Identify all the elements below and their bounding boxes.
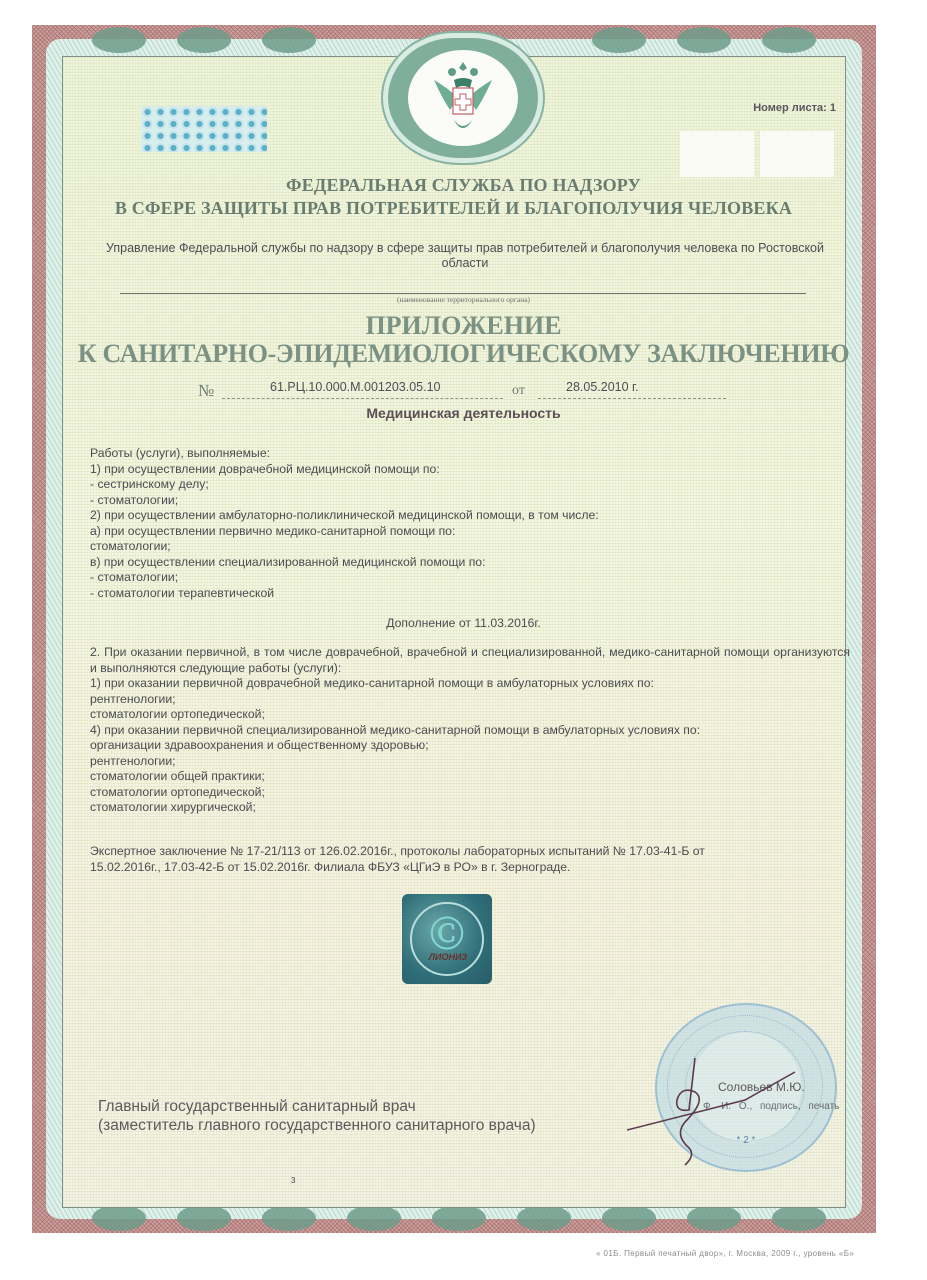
conclusion-date: 28.05.2010 г. xyxy=(566,380,639,394)
border-ornament xyxy=(262,1205,316,1231)
signer-title: Главный государственный санитарный врач … xyxy=(98,1097,536,1135)
appendix-title-line2: К САНИТАРНО-ЭПИДЕМИОЛОГИЧЕСКОМУ ЗАКЛЮЧЕН… xyxy=(0,339,927,369)
section-2-line: стоматологии ортопедической; xyxy=(90,707,850,723)
border-ornament xyxy=(772,1205,826,1231)
border-ornament xyxy=(262,27,316,53)
addendum-label: Дополнение от 11.03.2016г. xyxy=(0,616,927,630)
printer-info: « 01Б. Первый печатный двор», г. Москва,… xyxy=(596,1249,854,1258)
works-line: Работы (услуги), выполняемые: xyxy=(90,446,850,462)
sheet-number: Номер листа: 1 xyxy=(753,102,836,114)
conclusion-number: 61.РЦ.10.000.М.001203.05.10 xyxy=(270,380,441,394)
works-line: - сестринскому делу; xyxy=(90,477,850,493)
works-list: Работы (услуги), выполняемые: 1) при осу… xyxy=(90,446,850,601)
border-ornament xyxy=(92,27,146,53)
works-line: 1) при осуществлении доврачебной медицин… xyxy=(90,462,850,478)
conclusion-number-row: № 61.РЦ.10.000.М.001203.05.10 от 28.05.2… xyxy=(0,378,927,400)
hologram-label: ЛИОНИЗ xyxy=(420,952,476,962)
section-2: 2. При оказании первичной, в том числе д… xyxy=(90,645,850,816)
agency-title-line1: ФЕДЕРАЛЬНАЯ СЛУЖБА ПО НАДЗОРУ xyxy=(0,175,927,196)
border-ornament xyxy=(92,1205,146,1231)
works-line: - стоматологии; xyxy=(90,493,850,509)
double-headed-eagle-icon xyxy=(430,58,496,138)
date-prefix: от xyxy=(512,383,525,399)
border-ornament xyxy=(687,1205,741,1231)
signer-title-line1: Главный государственный санитарный врач xyxy=(98,1097,536,1116)
expert-conclusion-line: Экспертное заключение № 17-21/113 от 126… xyxy=(90,844,850,860)
works-line: в) при осуществлении специализированной … xyxy=(90,555,850,571)
blank-field xyxy=(680,131,754,177)
emblem xyxy=(388,38,538,158)
border-ornament xyxy=(677,27,731,53)
signature-icon xyxy=(615,1050,825,1170)
section-2-intro: 2. При оказании первичной, в том числе д… xyxy=(90,645,850,676)
border-ornament xyxy=(177,27,231,53)
section-2-line: стоматологии общей практики; xyxy=(90,769,850,785)
number-underline xyxy=(222,398,503,399)
border-ornament xyxy=(592,27,646,53)
activity-type: Медицинская деятельность xyxy=(0,405,927,421)
works-line: - стоматологии; xyxy=(90,570,850,586)
works-line: 2) при осуществлении амбулаторно-поликли… xyxy=(90,508,850,524)
blank-field xyxy=(760,131,834,177)
border-ornament xyxy=(517,1205,571,1231)
expert-conclusion-line: 15.02.2016г., 17.03-42-Б от 15.02.2016г.… xyxy=(90,860,850,876)
works-line: - стоматологии терапевтической xyxy=(90,586,850,602)
border-ornament xyxy=(432,1205,486,1231)
appendix-title-line1: ПРИЛОЖЕНИЕ xyxy=(0,311,927,341)
section-2-line: 1) при оказании первичной доврачебной ме… xyxy=(90,676,850,692)
section-2-line: 4) при оказании первичной специализирова… xyxy=(90,723,850,739)
section-2-line: рентгенологии; xyxy=(90,754,850,770)
works-line: а) при осуществлении первично медико-сан… xyxy=(90,524,850,540)
expert-conclusion: Экспертное заключение № 17-21/113 от 126… xyxy=(90,844,850,875)
section-2-line: стоматологии хирургической; xyxy=(90,800,850,816)
border-ornament xyxy=(177,1205,231,1231)
agency-title-line2: В СФЕРЕ ЗАЩИТЫ ПРАВ ПОТРЕБИТЕЛЕЙ И БЛАГО… xyxy=(0,198,917,219)
border-ornament xyxy=(347,1205,401,1231)
date-underline xyxy=(538,398,726,399)
divider xyxy=(120,293,806,294)
works-line: стоматологии; xyxy=(90,539,850,555)
page-mark: 3 xyxy=(291,1176,295,1185)
hologram-strip xyxy=(141,106,267,152)
signer-title-line2: (заместитель главного государственного с… xyxy=(98,1116,536,1135)
hologram-sticker: Ⓒ ЛИОНИЗ xyxy=(402,894,492,984)
territorial-body-caption: (наименование территориального органа) xyxy=(0,295,927,304)
border-ornament xyxy=(602,1205,656,1231)
territorial-body: Управление Федеральной службы по надзору… xyxy=(100,241,830,271)
border-ornament xyxy=(762,27,816,53)
section-2-line: организации здравоохранения и общественн… xyxy=(90,738,850,754)
section-2-line: стоматологии ортопедической; xyxy=(90,785,850,801)
section-2-line: рентгенологии; xyxy=(90,692,850,708)
number-sign: № xyxy=(198,381,214,401)
